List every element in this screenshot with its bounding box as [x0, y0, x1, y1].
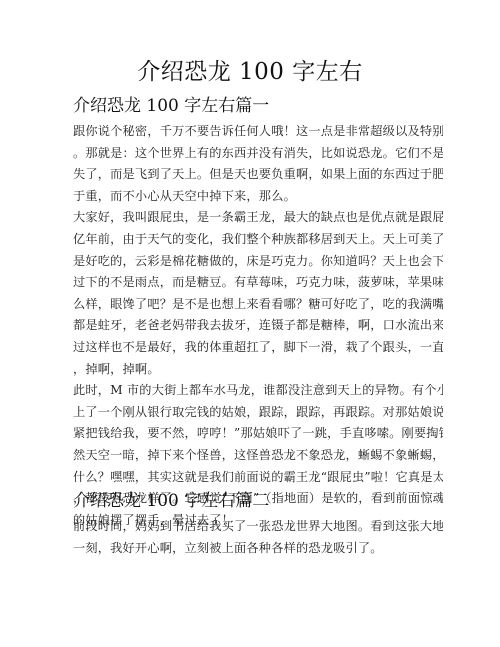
section-heading-1: 介绍恐龙 100 字左右篇一	[73, 95, 269, 117]
text-line: 亿年前，由于天气的变化，我们整个种族都移居到天上。天上可美了，全都	[73, 229, 443, 251]
text-line: 是好吃的，云彩是棉花糖做的，床是巧克力。你知道吗？天上也会下雨，不	[73, 251, 443, 273]
text-line: 一刻，我好开心啊，立刻被上面各种各样的恐龙吸引了。	[73, 538, 443, 560]
text-line: 过这样也不是最好，我的体重超扛了，脚下一滑，栽了个跟头，一直往下掉	[73, 337, 443, 359]
section-2-body: 前段时间，妈妈到书店给我买了一张恐龙世界大地图。看到这张大地图的那 一刻，我好开…	[73, 516, 443, 559]
document-page: 介绍恐龙 100 字左右 介绍恐龙 100 字左右篇一 跟你说个秘密，千万不要告…	[0, 0, 500, 647]
text-line: 紧把钱给我，要不然，哼哼！”那姑娘吓了一跳，手直哆嗦。刚要掏钱，忽	[73, 423, 443, 445]
text-line: 于重，而不小心从天空中掉下来，那么。	[73, 186, 443, 208]
text-line: ，掉啊，掉啊。	[73, 359, 443, 381]
text-line: 然天空一暗，掉下来个怪兽，这怪兽恐龙不象恐龙，蜥蜴不象蜥蜴，到底是	[73, 445, 443, 467]
text-line: 前段时间，妈妈到书店给我买了一张恐龙世界大地图。看到这张大地图的那	[73, 516, 443, 538]
document-title: 介绍恐龙 100 字左右	[0, 57, 500, 87]
text-line: 大家好，我叫跟屁虫，是一条霸王龙，最大的缺点也是优点就是跟屁。好几	[73, 207, 443, 229]
text-line: 过下的不是雨点，而是糖豆。有草莓味，巧克力味，菠萝味，苹果味……怎	[73, 272, 443, 294]
text-line: 上了一个刚从银行取完钱的姑娘，跟踪，跟踪，再跟踪。对那姑娘说：“赶	[73, 402, 443, 424]
text-line: 失了，而是飞到了天上。但是天也要负重啊，如果上面的东西过于肥胖，过	[73, 164, 443, 186]
text-line: 都是蛀牙，老爸老妈带我去拔牙，连镊子都是糖棒，啊，口水流出来了！不	[73, 315, 443, 337]
text-line: 跟你说个秘密，千万不要告诉任何人哦！这一点是非常超级以及特别重要滴	[73, 121, 443, 143]
section-heading-2: 介绍恐龙 100 字左右篇二	[73, 490, 269, 512]
section-1-body: 跟你说个秘密，千万不要告诉任何人哦！这一点是非常超级以及特别重要滴 。那就是：这…	[73, 121, 443, 531]
text-line: 。那就是：这个世界上有的东西并没有消失，比如说恐龙。它们不是真正消	[73, 143, 443, 165]
text-line: 此时，M 市的大街上都车水马龙，谁都没注意到天上的异物。有个小偷正瞄	[73, 380, 443, 402]
text-line: 什么？嘿嘿，其实这就是我们前面说的霸王龙“跟屁虫”啦！它真是太胖了	[73, 467, 443, 489]
text-line: 么样，眼馋了吧？是不是也想上来看看哪？糖可好吃了，吃的我满嘴洞洞，	[73, 294, 443, 316]
